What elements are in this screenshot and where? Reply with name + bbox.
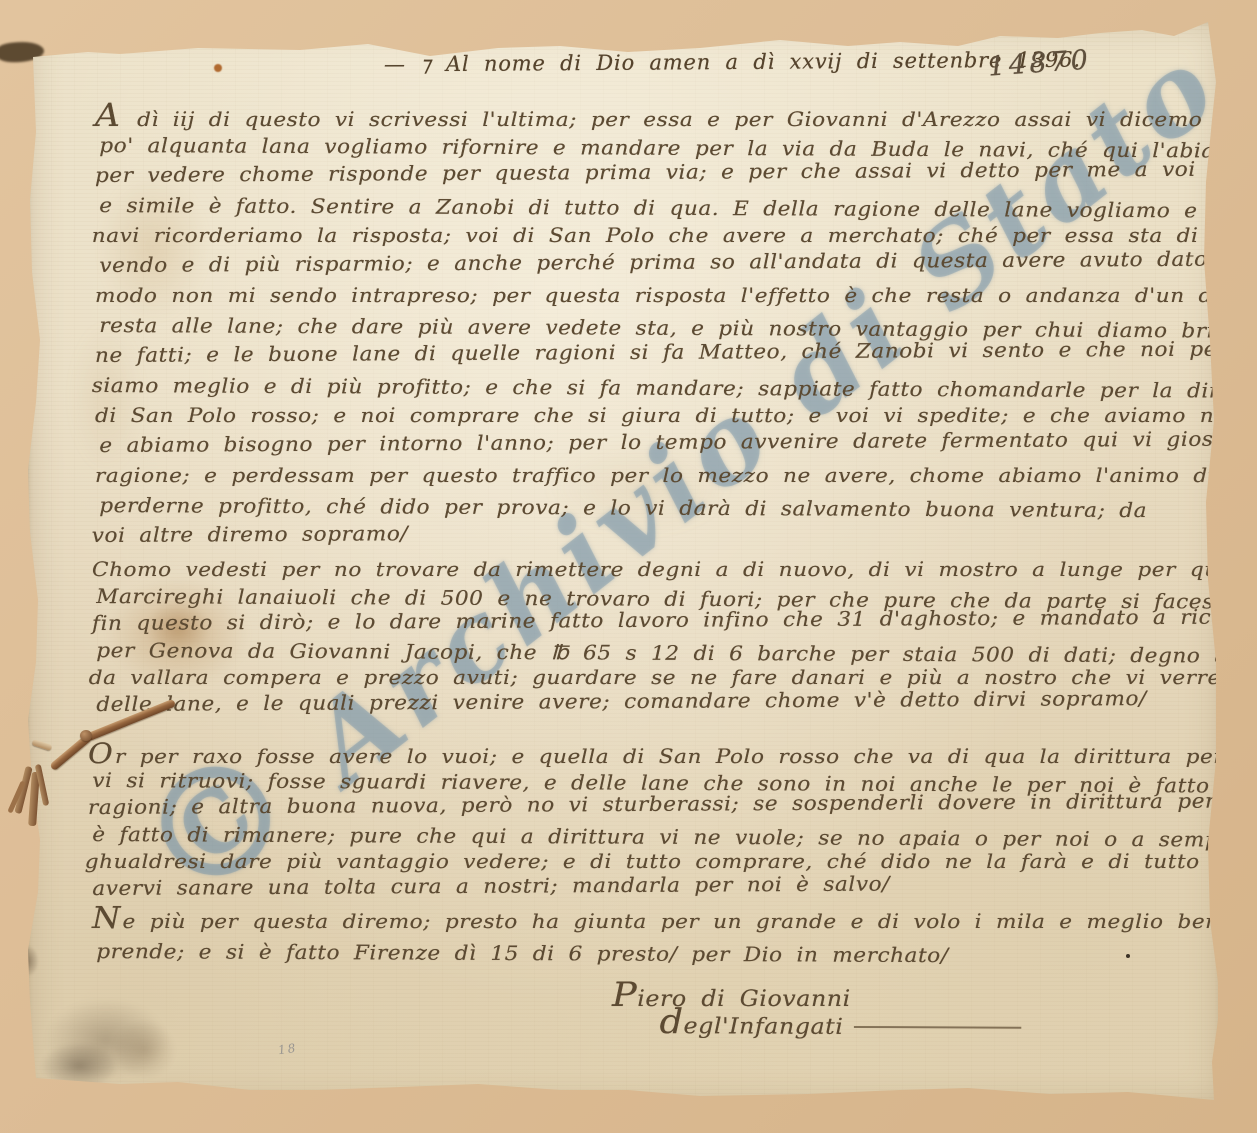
manuscript-scan: © Archivio di Stato di Prato — ⁊ Al nome… — [0, 0, 1257, 1133]
manuscript-line: Ne più per questa diremo; presto ha giun… — [92, 902, 1257, 935]
manuscript-line: ne fatti; e le buone lane di quelle ragi… — [95, 333, 1257, 370]
smudge-bottom-left-3 — [114, 1022, 174, 1078]
manuscript-line: prende; e si è fatto Firenze dì 15 di 6 … — [96, 935, 1257, 974]
manuscript-line: Chomo vedesti per no trovare da rimetter… — [92, 556, 1257, 583]
letter-paragraph-3: Or per raxo fosse avere lo vuoi; e quell… — [88, 740, 1257, 902]
letter-heading-date: — ⁊ Al nome di Dio amen a dì xxvij di se… — [384, 48, 1081, 77]
letter-paragraph-2: Chomo vedesti per no trovare da rimetter… — [92, 556, 1257, 718]
manuscript-line: vendo e di più risparmio; e anche perché… — [99, 243, 1257, 280]
manuscript-line: modo non mi sendo intrapreso; per questa… — [95, 280, 1257, 310]
manuscript-line: degl'Infangati — [659, 1009, 1021, 1038]
signature-block: Piero di Giovannidegl'Infangati — [612, 982, 1022, 1036]
ink-spot-left-edge — [16, 946, 38, 976]
thread-knot — [80, 730, 92, 741]
pencil-mark: 18 — [277, 1041, 298, 1058]
manuscript-line: per vedere chome risponde per questa pri… — [95, 153, 1257, 190]
manuscript-line: e abiamo bisogno per intorno l'anno; per… — [99, 423, 1257, 460]
letter-closing-paragraph: Ne più per questa diremo; presto ha giun… — [92, 902, 1257, 968]
letter-paper: © Archivio di Stato di Prato — ⁊ Al nome… — [28, 22, 1220, 1106]
manuscript-line: Or per raxo fosse avere lo vuoi; e quell… — [88, 740, 1257, 767]
smudge-bottom-left-2 — [42, 1044, 116, 1088]
manuscript-line: A dì iij di questo vi scrivessi l'ultima… — [95, 100, 1257, 130]
manuscript-line: voi altre diremo sopramo/ — [92, 513, 1257, 550]
letter-paragraph-1: A dì iij di questo vi scrivessi l'ultima… — [95, 100, 1257, 550]
rust-speck — [214, 64, 222, 72]
manuscript-line: ragione; e perdessam per questo traffico… — [95, 460, 1257, 490]
